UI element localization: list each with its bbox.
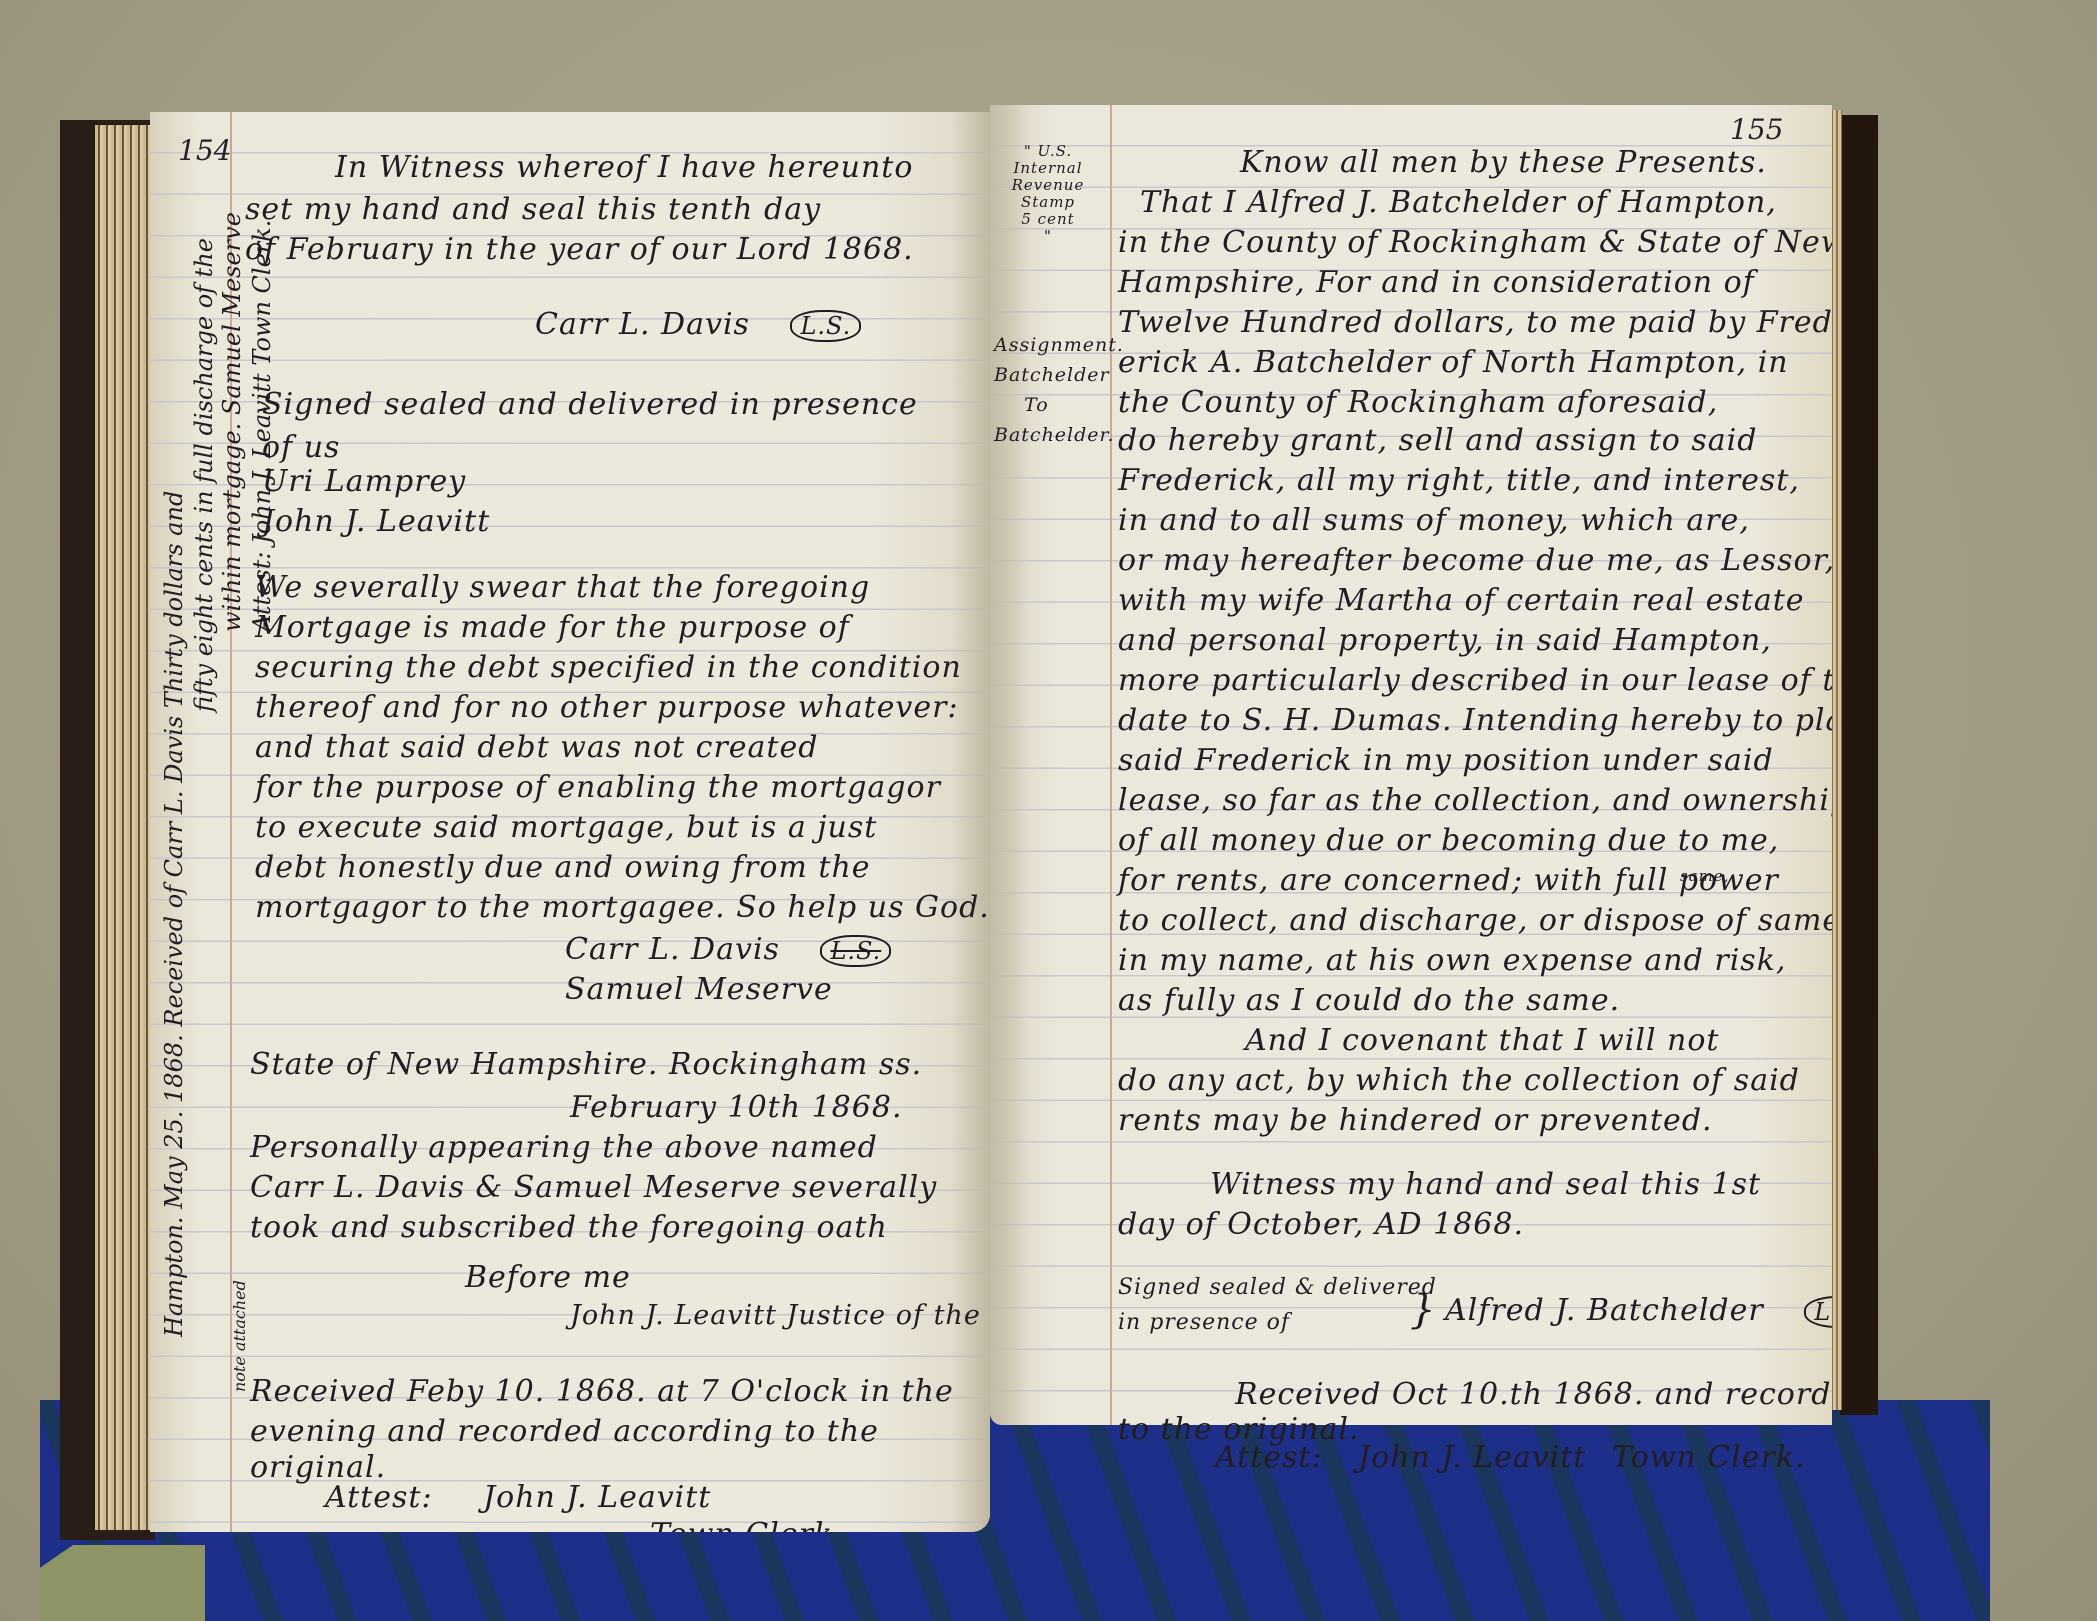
jurat-line: took and subscribed the foregoing oath	[250, 1210, 888, 1245]
text-line: of February in the year of our Lord 1868…	[245, 232, 914, 267]
text-line: of all money due or becoming due to me,	[1118, 823, 1779, 858]
attest-name: John J. Leavitt	[483, 1480, 711, 1515]
received-line: evening and recorded according to the	[250, 1414, 879, 1449]
text-line: Signed sealed and delivered in presence	[262, 387, 918, 422]
brace: }	[1410, 1287, 1436, 1333]
oath-line: for the purpose of enabling the mortgago…	[255, 770, 941, 805]
text-line: more particularly described in our lease…	[1118, 663, 1832, 698]
page-number: 154	[178, 134, 231, 167]
text-line: or may hereafter become due me, as Lesso…	[1118, 543, 1832, 578]
received-line: Received Oct 10.th 1868. and recorded, a…	[1235, 1377, 1832, 1412]
text-line: with my wife Martha of certain real esta…	[1118, 583, 1805, 618]
text-line: as fully as I could do the same.	[1118, 983, 1620, 1018]
text-line: erick A. Batchelder of North Hampton, in	[1118, 345, 1789, 380]
binder-clip	[40, 1545, 205, 1621]
signature-name: Carr L. Davis	[565, 932, 780, 967]
text-line: the County of Rockingham aforesaid,	[1118, 385, 1718, 420]
attest-title: Town Clerk.	[650, 1517, 844, 1532]
attest-label: Attest:	[1215, 1440, 1323, 1475]
jurat-line: Carr L. Davis & Samuel Meserve severally	[250, 1170, 937, 1205]
text-line: lease, so far as the collection, and own…	[1118, 783, 1832, 818]
seal-icon: L.S.	[790, 310, 861, 342]
signature-name: Samuel Meserve	[565, 972, 833, 1007]
oath-line: thereof and for no other purpose whateve…	[255, 690, 959, 725]
text-line: And I covenant that I will not	[1245, 1023, 1719, 1058]
margin-note-line3: within mortgage. Samuel Meserve	[218, 212, 246, 632]
signed-label: in presence of	[1118, 1310, 1290, 1335]
jurat-line: Personally appearing the above named	[250, 1130, 878, 1165]
seal-icon: L.S.	[820, 935, 891, 967]
signature: Carr L. Davis L.S.	[535, 307, 861, 342]
seal-icon: L.S.	[1804, 1296, 1832, 1328]
left-page: 154 Hampton. May 25. 1868. Received of C…	[150, 112, 990, 1532]
attest: Attest: John J. Leavitt Town Clerk.	[1215, 1440, 1806, 1475]
margin-rule	[1110, 105, 1112, 1425]
book-cover-right	[1840, 115, 1878, 1415]
insertion-note: same,	[1680, 867, 1730, 885]
text-line: set my hand and seal this tenth day	[245, 192, 821, 227]
attest-title: Town Clerk.	[1612, 1440, 1806, 1475]
oath-line: to execute said mortgage, but is a just	[255, 810, 877, 845]
attest-name: John J. Leavitt	[1358, 1440, 1586, 1475]
text-line: Know all men by these Presents.	[1240, 145, 1767, 180]
right-page: 155 " U.S. Internal Revenue Stamp 5 cent…	[990, 105, 1832, 1425]
margin-title-line: To	[994, 390, 1124, 420]
margin-note-line2: fifty eight cents in full discharge of t…	[190, 238, 218, 712]
text-line: to collect, and discharge, or dispose of…	[1118, 903, 1832, 938]
oath-line: mortgagor to the mortgagee. So help us G…	[255, 890, 990, 925]
text-line: date to S. H. Dumas. Intending hereby to…	[1118, 703, 1832, 738]
attest-label: Attest:	[325, 1480, 433, 1515]
text-line: Frederick, all my right, title, and inte…	[1118, 463, 1800, 498]
received-line: Received Feby 10. 1868. at 7 O'clock in …	[250, 1374, 954, 1409]
signed-label: Signed sealed & delivered	[1118, 1275, 1437, 1300]
text-line: in my name, at his own expense and risk,	[1118, 943, 1786, 978]
signature: Carr L. Davis L.S.	[565, 932, 891, 967]
attest: Attest: John J. Leavitt	[325, 1480, 711, 1515]
text-line: rents may be hindered or prevented.	[1118, 1103, 1713, 1138]
jurat-line: February 10th 1868.	[570, 1090, 902, 1125]
margin-note-small: note attached	[230, 1280, 249, 1392]
margin-title-line: Batchelder.	[994, 420, 1124, 450]
oath-line: and that said debt was not created	[255, 730, 818, 765]
text-line: said Frederick in my position under said	[1118, 743, 1774, 778]
stamp-line: Stamp	[998, 194, 1098, 211]
margin-title-line: Batchelder	[994, 360, 1124, 390]
text-line: Twelve Hundred dollars, to me paid by Fr…	[1118, 305, 1832, 340]
oath-line: securing the debt specified in the condi…	[255, 650, 962, 685]
oath-line: Mortgage is made for the purpose of	[255, 610, 850, 645]
stamp-line: " U.S.	[998, 143, 1098, 160]
stamp-line: Internal	[998, 160, 1098, 177]
text-line: of us	[262, 430, 340, 465]
witness-name: John J. Leavitt	[262, 504, 490, 539]
jurat-line: State of New Hampshire. Rockingham ss.	[250, 1047, 922, 1082]
text-line: do any act, by which the collection of s…	[1118, 1063, 1800, 1098]
page-edges-left	[95, 125, 155, 1530]
text-line: in the County of Rockingham & State of N…	[1118, 225, 1832, 260]
signature: Alfred J. Batchelder L.S.	[1445, 1293, 1832, 1328]
before-me: Before me	[465, 1260, 631, 1295]
justice-signature: John J. Leavitt Justice of the Peace.	[570, 1300, 990, 1331]
margin-title-line: Assignment.	[994, 330, 1124, 360]
revenue-stamp-note: " U.S. Internal Revenue Stamp 5 cent "	[998, 143, 1098, 245]
text-line: In Witness whereof I have hereunto	[335, 150, 913, 185]
signature-name: Carr L. Davis	[535, 307, 750, 342]
witness-name: Uri Lamprey	[262, 464, 466, 499]
text-line: in and to all sums of money, which are,	[1118, 503, 1750, 538]
signature-name: Alfred J. Batchelder	[1445, 1293, 1764, 1328]
stamp-line: "	[998, 228, 1098, 245]
witness-line: Witness my hand and seal this 1st	[1210, 1167, 1761, 1202]
text-line: Hampshire, For and in consideration of	[1118, 265, 1755, 300]
margin-note-line1: Hampton. May 25. 1868. Received of Carr …	[160, 491, 188, 1337]
oath-line: We severally swear that the foregoing	[255, 570, 870, 605]
text-line: and personal property, in said Hampton,	[1118, 623, 1772, 658]
witness-line: day of October, AD 1868.	[1118, 1207, 1524, 1242]
oath-line: debt honestly due and owing from the	[255, 850, 871, 885]
text-line: That I Alfred J. Batchelder of Hampton,	[1140, 185, 1777, 220]
gutter-shadow	[990, 105, 1030, 1425]
stamp-line: 5 cent	[998, 211, 1098, 228]
page-number: 155	[1730, 113, 1783, 146]
text-line: do hereby grant, sell and assign to said	[1118, 423, 1757, 458]
margin-title: Assignment. Batchelder To Batchelder.	[994, 330, 1124, 450]
stamp-line: Revenue	[998, 177, 1098, 194]
